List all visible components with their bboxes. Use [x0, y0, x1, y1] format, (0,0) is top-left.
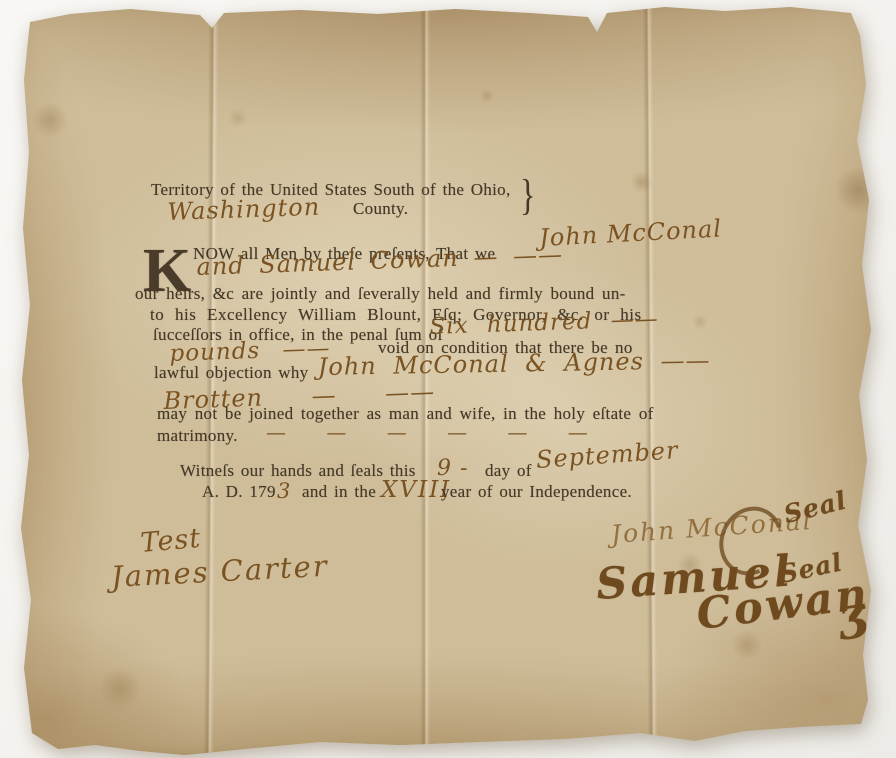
objection-line: lawful objection why: [154, 363, 308, 383]
ad-year-line: A. D. 179: [202, 482, 276, 502]
county-label: County.: [353, 199, 408, 219]
principal-name-1: John McConal: [539, 214, 723, 252]
curly-brace: }: [520, 170, 535, 220]
foxing-stains: [0, 0, 896, 758]
matrimony-line: matrimony.: [157, 426, 238, 446]
couple-names-handwritten: John McConal & Agnes ——: [318, 346, 711, 381]
independence-line: year of our Independence.: [441, 482, 632, 502]
heirs-line: our heirs, &c are jointly and ſeverally …: [135, 284, 626, 304]
aged-paper: Territory of the United States South of …: [0, 0, 896, 758]
fold-crease-right: [642, 0, 657, 758]
day-of-label: day of: [485, 461, 532, 481]
paper-tone-shading: [0, 0, 896, 758]
document-scan: Territory of the United States South of …: [0, 0, 896, 758]
and-in-the-label: and in the: [302, 482, 376, 502]
groom-seal-notation: Seal: [781, 485, 850, 529]
test-label-handwritten: Test: [139, 523, 202, 559]
year-digit-handwritten: 3: [277, 479, 291, 503]
fill-dashes: — — — — — —: [266, 420, 592, 444]
county-name-handwritten: Washington: [167, 193, 321, 226]
